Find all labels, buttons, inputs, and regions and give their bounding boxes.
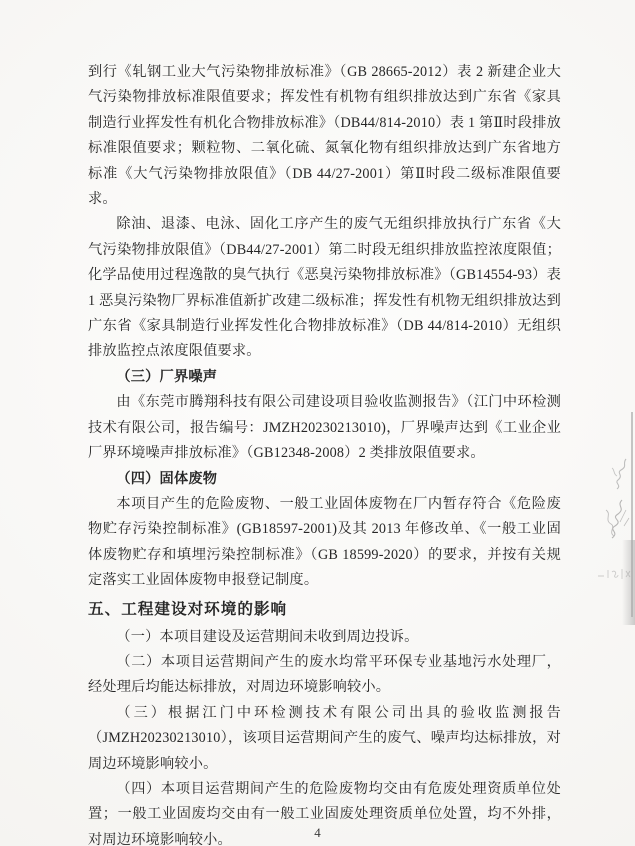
scan-mark-scribble-upper: [604, 456, 632, 492]
paragraph-wastewater-treatment: （二）本项目运营期间产生的废水均常平环保专业基地污水处理厂，经处理后均能达标排放…: [88, 650, 561, 701]
heading-section-5-environmental-impact: 五、工程建设对环境的影响: [88, 597, 561, 623]
paragraph-fugitive-emission-standards: 除油、退漆、电泳、固化工序产生的废气无组织排放执行广东省《大气污染物排放限值》（…: [88, 212, 561, 364]
paragraph-no-complaints: （一）本项目建设及运营期间未收到周边投诉。: [88, 625, 561, 650]
paragraph-air-emission-standards: 到行《轧钢工业大气污染物排放标准》（GB 28665-2012）表 2 新建企业…: [88, 60, 561, 212]
paragraph-solid-waste-storage: 本项目产生的危险废物、一般工业固体废物在厂内暂存符合《危险废物贮存污染控制标准》…: [88, 492, 561, 594]
paragraph-noise-monitoring-report: 由《东莞市腾翔科技有限公司建设项目验收监测报告》（江门中环检测技术有限公司，报告…: [88, 390, 561, 466]
scan-edge-shadow: [622, 540, 635, 625]
scan-mark-faint-notation: [594, 564, 632, 586]
heading-boundary-noise: （三）厂界噪声: [88, 365, 561, 390]
paragraph-gas-noise-compliance: （三）根据江门中环检测技术有限公司出具的验收监测报告（JMZH202302130…: [88, 701, 561, 777]
document-text-block: 到行《轧钢工业大气污染物排放标准》（GB 28665-2012）表 2 新建企业…: [88, 60, 561, 846]
scan-edge-line: [631, 412, 633, 617]
heading-solid-waste: （四）固体废物: [88, 467, 561, 492]
page-number: 4: [0, 825, 635, 841]
scan-mark-scribble-lower: [596, 496, 632, 542]
scanned-document-page: 到行《轧钢工业大气污染物排放标准》（GB 28665-2012）表 2 新建企业…: [0, 0, 635, 846]
